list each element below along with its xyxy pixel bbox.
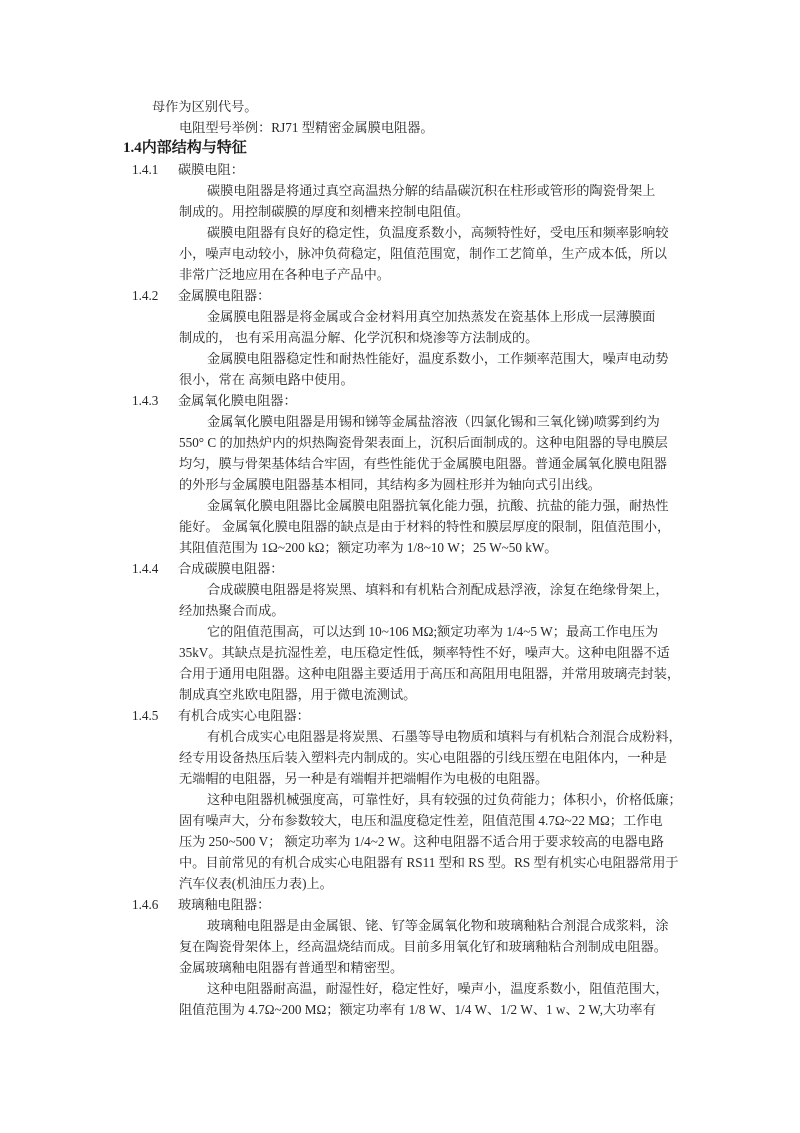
- text-line: 它的阻值范围高，可以达到 10~106 MΩ;额定功率为 1/4~5 W；最高工…: [123, 621, 688, 642]
- section-item: 1.4.6玻璃釉电阻器：: [123, 894, 688, 915]
- section-number: 1.4.5: [132, 705, 178, 726]
- text-line: 有机合成实心电阻器是将炭黑、石墨等导电物质和填料与有机粘合剂混合成粉料，: [123, 726, 688, 747]
- section-item: 1.4.5有机合成实心电阻器：: [123, 705, 688, 726]
- text-line: 阻值范围为 4.7Ω~200 MΩ；额定功率有 1/8 W、1/4 W、1/2 …: [123, 999, 688, 1020]
- text-line: 制成的， 也有采用高温分解、化学沉积和烧渗等方法制成的。: [123, 327, 688, 348]
- text-line: 碳膜电阻器有良好的稳定性，负温度系数小，高频特性好，受电压和频率影响较: [123, 222, 688, 243]
- text-line: 玻璃釉电阻器是由金属银、铑、钌等金属氧化物和玻璃釉粘合剂混合成浆料，涂: [123, 915, 688, 936]
- text-line: 这种电阻器机械强度高，可靠性好，具有较强的过负荷能力；体积小，价格低廉；: [123, 789, 688, 810]
- text-line: 经加热聚合而成。: [123, 600, 688, 621]
- text-line: 的外形与金属膜电阻器基本相同，其结构多为圆柱形并为轴向式引出线。: [123, 474, 688, 495]
- section-item: 1.4.2金属膜电阻器：: [123, 285, 688, 306]
- text-line: 其阻值范围为 1Ω~200 kΩ；额定功率为 1/8~10 W；25 W~50 …: [123, 537, 688, 558]
- text-line: 金属氧化膜电阻器比金属膜电阻器抗氧化能力强，抗酸、抗盐的能力强，耐热性: [123, 495, 688, 516]
- text-line: 制成的。用控制碳膜的厚度和刻槽来控制电阻值。: [123, 201, 688, 222]
- text-line: 金属膜电阻器是将金属或合金材料用真空加热蒸发在瓷基体上形成一层薄膜面: [123, 306, 688, 327]
- section-label: 金属膜电阻器：: [178, 288, 270, 303]
- text-line: 电阻型号举例：RJ71 型精密金属膜电阻器。: [123, 117, 688, 138]
- text-line: 复在陶瓷骨架体上，经高温烧结而成。目前多用氧化钌和玻璃釉粘合剂制成电阻器。: [123, 936, 688, 957]
- text-line: 非常广泛地应用在各种电子产品中。: [123, 264, 688, 285]
- text-line: 母作为区别代号。: [123, 96, 688, 117]
- text-line: 金属玻璃釉电阻器有普通型和精密型。: [123, 957, 688, 978]
- section-label: 有机合成实心电阻器：: [178, 708, 310, 723]
- text-line: 很小，常在 高频电路中使用。: [123, 369, 688, 390]
- text-line: 固有噪声大，分布参数较大，电压和温度稳定性差，阻值范围 4.7Ω~22 MΩ；工…: [123, 810, 688, 831]
- text-line: 汽车仪表(机油压力表)上。: [123, 873, 688, 894]
- section-number: 1.4.2: [132, 285, 178, 306]
- section-label: 玻璃釉电阻器：: [178, 897, 270, 912]
- section-number: 1.4.6: [132, 894, 178, 915]
- text-line: 金属氧化膜电阻器是用锡和锑等金属盐溶液（四氯化锡和三氧化锑)喷雾到约为: [123, 411, 688, 432]
- section-number: 1.4.1: [132, 159, 178, 180]
- text-line: 无端帽的电阻器，另一种是有端帽并把端帽作为电极的电阻器。: [123, 768, 688, 789]
- text-line: 中。目前常见的有机合成实心电阻器有 RS11 型和 RS 型。RS 型有机实心电…: [123, 852, 688, 873]
- text-line: 合成碳膜电阻器是将炭黑、填料和有机粘合剂配成悬浮液，涂复在绝缘骨架上，: [123, 579, 688, 600]
- text-line: 能好。 金属氧化膜电阻器的缺点是由于材料的特性和膜层厚度的限制，阻值范围小，: [123, 516, 688, 537]
- text-line: 碳膜电阻器是将通过真空高温热分解的结晶碳沉积在柱形或管形的陶瓷骨架上: [123, 180, 688, 201]
- section-label: 碳膜电阻：: [178, 162, 244, 177]
- document-content: 母作为区别代号。电阻型号举例：RJ71 型精密金属膜电阻器。1.4内部结构与特征…: [123, 96, 688, 1020]
- section-label: 合成碳膜电阻器：: [178, 561, 284, 576]
- text-line: 这种电阻器耐高温，耐湿性好，稳定性好，噪声小，温度系数小，阻值范围大，: [123, 978, 688, 999]
- text-line: 合用于通用电阻器。这种电阻器主要适用于高压和高阻用电阻器，并常用玻璃壳封装，: [123, 663, 688, 684]
- document-page: 母作为区别代号。电阻型号举例：RJ71 型精密金属膜电阻器。1.4内部结构与特征…: [0, 0, 800, 1133]
- section-number: 1.4.4: [132, 558, 178, 579]
- section-number: 1.4.3: [132, 390, 178, 411]
- text-line: 均匀，膜与骨架基体结合牢固，有些性能优于金属膜电阻器。普通金属氧化膜电阻器: [123, 453, 688, 474]
- section-item: 1.4.4合成碳膜电阻器：: [123, 558, 688, 579]
- text-line: 制成真空兆欧电阻器，用于微电流测试。: [123, 684, 688, 705]
- text-line: 经专用设备热压后装入塑料壳内制成的。实心电阻器的引线压塑在电阻体内，一种是: [123, 747, 688, 768]
- section-label: 金属氧化膜电阻器：: [178, 393, 297, 408]
- section-item: 1.4.1碳膜电阻：: [123, 159, 688, 180]
- section-item: 1.4.3金属氧化膜电阻器：: [123, 390, 688, 411]
- text-line: 35kV。其缺点是抗湿性差，电压稳定性低，频率特性不好，噪声大。这种电阻器不适: [123, 642, 688, 663]
- text-line: 金属膜电阻器稳定性和耐热性能好，温度系数小，工作频率范围大，噪声电动势: [123, 348, 688, 369]
- text-line: 550° C 的加热炉内的炽热陶瓷骨架表面上，沉积后面制成的。这种电阻器的导电膜…: [123, 432, 688, 453]
- section-heading: 1.4内部结构与特征: [123, 138, 688, 159]
- text-line: 压为 250~500 V； 额定功率为 1/4~2 W。这种电阻器不适合用于要求…: [123, 831, 688, 852]
- text-line: 小，噪声电动较小，脉冲负荷稳定，阻值范围宽，制作工艺简单，生产成本低，所以: [123, 243, 688, 264]
